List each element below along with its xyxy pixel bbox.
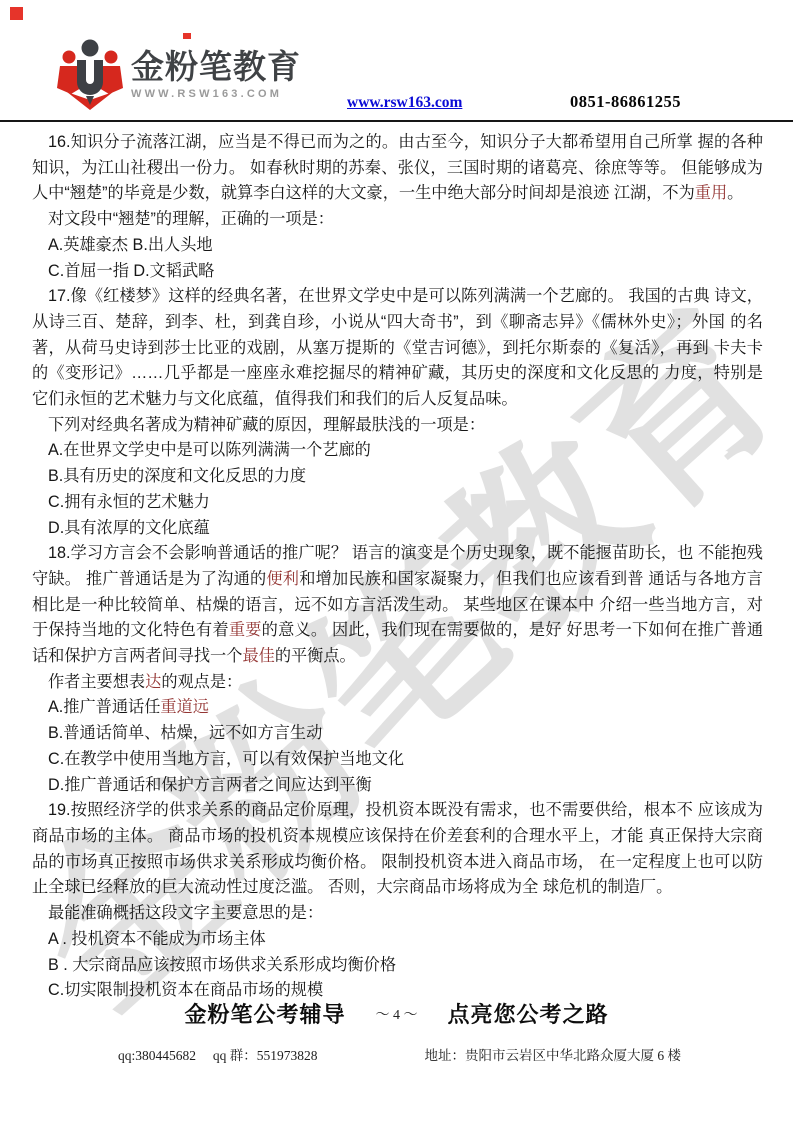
q19-passage: 19.按照经济学的供求关系的商品定价原理，投机资本既没有需求，也不需要供给，根本… xyxy=(32,798,763,901)
header-phone-number: 0851-86861255 xyxy=(570,92,681,112)
q16-passage: 16.知识分子流落江湖，应当是不得已而为之的。由古至今，知识分子大都希望用自己所… xyxy=(32,130,763,207)
brand-logo-icon xyxy=(57,36,123,121)
q19-option-a: A . 投机资本不能成为市场主体 xyxy=(32,927,763,953)
q19-option-b: B . 大宗商品应该按照市场供求关系形成均衡价格 xyxy=(32,953,763,979)
q18-option-b: B.普通话简单、枯燥，远不如方言生动 xyxy=(32,721,763,747)
q16-option-ab: A.英雄豪杰 B.出人头地 xyxy=(32,233,763,259)
page-header: 金粉笔教育 WWW.RSW163.COM www.rsw163.com 0851… xyxy=(0,0,793,122)
header-website-link[interactable]: www.rsw163.com xyxy=(347,94,462,112)
q17-option-c: C.拥有永恒的艺术魅力 xyxy=(32,490,763,516)
footer-address: 地址：贵阳市云岩区中华北路众厦大厦 6 楼 xyxy=(425,1044,682,1064)
logo-red-fleck xyxy=(183,33,191,39)
q18-option-a: A.推广普通话任重道远 xyxy=(32,695,763,721)
brand-name: 金粉笔教育 xyxy=(131,50,301,84)
q18-passage: 18.学习方言会不会影响普通话的推广呢？ 语言的演变是个历史现象，既不能揠苗助长… xyxy=(32,541,763,670)
q17-option-d: D.具有浓厚的文化底蕴 xyxy=(32,516,763,542)
footer-contact: qq:380445682 qq 群：551973828 地址：贵阳市云岩区中华北… xyxy=(118,1044,681,1064)
document-body: 16.知识分子流落江湖，应当是不得已而为之的。由古至今，知识分子大都希望用自己所… xyxy=(32,130,763,1004)
q18-option-c: C.在教学中使用当地方言，可以有效保护当地文化 xyxy=(32,747,763,773)
page-number: ～ 4 ～ xyxy=(376,1004,418,1024)
footer-slogan: 点亮您公考之路 xyxy=(448,998,609,1029)
footer-course-name: 金粉笔公考辅导 xyxy=(184,998,345,1029)
q16-stem: 对文段中“翘楚”的理解，正确的一项是： xyxy=(32,207,763,233)
brand-logo-text: 金粉笔教育 WWW.RSW163.COM xyxy=(131,36,301,100)
q17-option-b: B.具有历史的深度和文化反思的力度 xyxy=(32,464,763,490)
q17-option-a: A.在世界文学史中是可以陈列满满一个艺廊的 xyxy=(32,438,763,464)
brand-logo: 金粉笔教育 WWW.RSW163.COM xyxy=(57,36,301,121)
red-corner-mark xyxy=(10,7,23,20)
q16-option-cd: C.首屈一指 D.文韬武略 xyxy=(32,259,763,285)
q18-stem: 作者主要想表达的观点是： xyxy=(32,670,763,696)
q17-stem: 下列对经典名著成为精神矿藏的原因，理解最肤浅的一项是： xyxy=(32,413,763,439)
q18-option-d: D.推广普通话和保护方言两者之间应达到平衡 xyxy=(32,773,763,799)
footer-qq-contact: qq:380445682 qq 群：551973828 xyxy=(118,1044,318,1064)
header-divider xyxy=(0,120,793,122)
q19-stem: 最能准确概括这段文字主要意思的是： xyxy=(32,901,763,927)
q17-passage: 17.像《红楼梦》这样的经典名著，在世界文学史中是可以陈列满满一个艺廊的。 我国… xyxy=(32,284,763,413)
document-page: 金粉笔教育 xyxy=(0,0,793,1122)
footer-tagline: 金粉笔公考辅导 ～ 4 ～ 点亮您公考之路 xyxy=(0,998,793,1029)
brand-site-url: WWW.RSW163.COM xyxy=(131,88,301,100)
